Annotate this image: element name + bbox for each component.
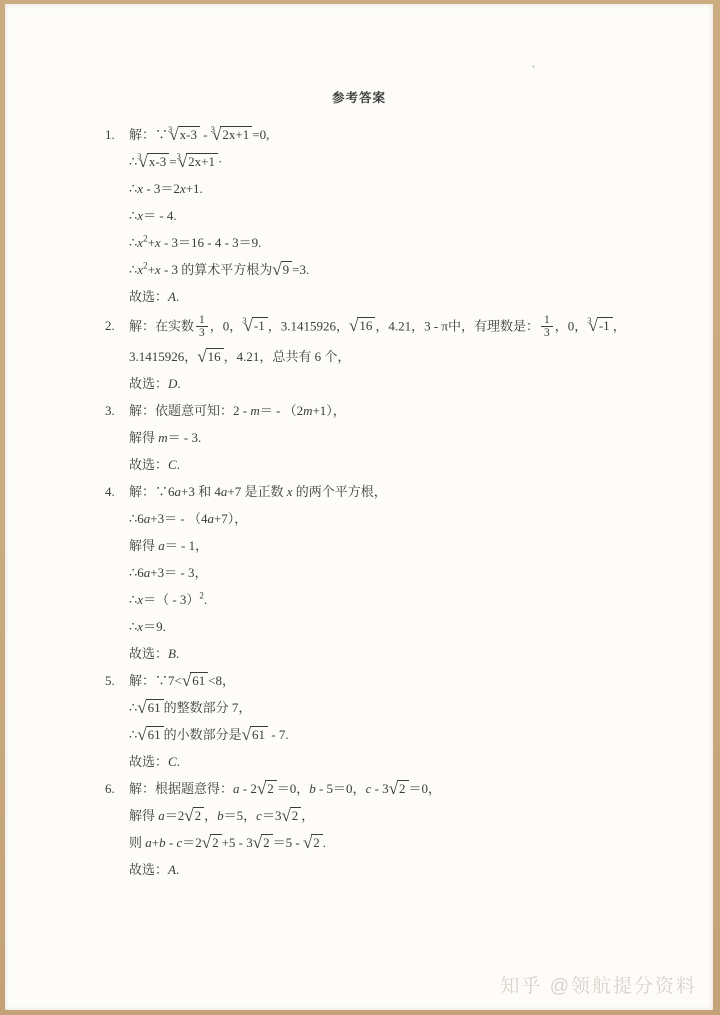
text-run: . <box>176 862 179 877</box>
math-line: 解得 m＝ - 3. <box>129 428 649 447</box>
math-line: 4.解：∵6a+3 和 4a+7 是正数 x 的两个平方根， <box>129 482 649 501</box>
radicand: -1 <box>252 317 268 334</box>
radicand: 2 <box>311 834 323 851</box>
text-run: 则 <box>129 835 145 850</box>
text-run: + <box>148 262 155 277</box>
square-root: √2 <box>303 833 323 852</box>
radicand: 61 <box>250 726 268 743</box>
radicand: 9 <box>281 261 293 278</box>
math-line: ∴x＝（ - 3）2. <box>129 590 649 609</box>
text-run: +3 和 4 <box>181 484 221 499</box>
denominator: 3 <box>541 326 553 339</box>
numerator: 1 <box>196 314 208 326</box>
radicand: 2 <box>261 834 273 851</box>
problem: 4.解：∵6a+3 和 4a+7 是正数 x 的两个平方根，∴6a+3＝ - （… <box>105 482 649 663</box>
radicand: 16 <box>357 317 375 334</box>
variable: D <box>168 376 177 391</box>
text-run: . <box>177 754 180 769</box>
text-run: ＝5， <box>224 808 257 823</box>
text-run: ， <box>301 808 314 823</box>
cube-root: 3√x-3 <box>168 125 200 144</box>
math-line: 3.1415926，√16，4.21，总共有 6 个， <box>129 347 649 366</box>
radicand: 2x+1 <box>220 126 252 143</box>
text-run: - <box>200 127 211 142</box>
problem-number: 6. <box>105 779 129 798</box>
square-root: √2 <box>253 833 273 852</box>
variable: B <box>168 646 176 661</box>
text-run: 解得 <box>129 430 158 445</box>
page-title: 参考答案 <box>5 90 713 107</box>
text-run: - <box>166 835 177 850</box>
radicand: 61 <box>190 672 208 689</box>
text-run: = <box>169 154 176 169</box>
text-run: ＝9. <box>143 619 166 634</box>
text-run: =3. <box>292 262 309 277</box>
text-run: ＝ - 1， <box>165 538 208 553</box>
text-run: ＝2 <box>165 808 185 823</box>
math-line: 故选：D. <box>129 374 649 393</box>
math-line: ∴x＝9. <box>129 617 649 636</box>
square-root: √61 <box>137 725 163 744</box>
problem-number: 1. <box>105 125 129 144</box>
text-run: 故选： <box>129 754 168 769</box>
problem-number: 2. <box>105 316 129 335</box>
fraction: 13 <box>541 314 553 339</box>
text-run: 解：根据题意得： <box>129 781 233 796</box>
text-run: =0, <box>252 127 269 142</box>
radicand: x-3 <box>147 153 169 170</box>
problem: 6.解：根据题意得：a - 2√2＝0，b - 5＝0，c - 3√2＝0，解得… <box>105 779 649 879</box>
radicand: 2 <box>397 780 409 797</box>
math-line: 解得 a＝2√2，b＝5，c＝3√2， <box>129 806 649 825</box>
text-run: 解：∵ <box>129 127 168 142</box>
text-run: + <box>148 235 155 250</box>
text-run: 故选： <box>129 646 168 661</box>
text-run: - 3 <box>371 781 388 796</box>
text-run: ，0， <box>210 318 243 333</box>
text-run: <8， <box>208 673 235 688</box>
text-run: 的两个平方根， <box>292 484 386 499</box>
text-run: . <box>177 457 180 472</box>
text-run: ＝ - 3. <box>168 430 202 445</box>
text-run: +1）， <box>312 403 345 418</box>
math-line: 则 a+b - c＝2√2+5 - 3√2＝5 - √2. <box>129 833 649 852</box>
text-run: +7）， <box>214 511 247 526</box>
text-run: 故选： <box>129 376 168 391</box>
text-run: 解：∵7< <box>129 673 182 688</box>
text-run: ， <box>613 318 626 333</box>
math-line: ∴√61的整数部分 7， <box>129 698 649 717</box>
math-line: 解得 a＝ - 1， <box>129 536 649 555</box>
square-root: √2 <box>389 779 409 798</box>
problem: 5.解：∵7<√61<8，∴√61的整数部分 7，∴√61的小数部分是√61 -… <box>105 671 649 771</box>
square-root: √61 <box>182 671 208 690</box>
text-run: ＝3 <box>262 808 282 823</box>
variable: C <box>168 457 177 472</box>
text-run: 解得 <box>129 808 158 823</box>
text-run: ，4.21，3 - π中，有理数是： <box>375 318 539 333</box>
square-root: √61 <box>137 698 163 717</box>
text-run: . <box>176 289 179 304</box>
problem: 2.解：在实数13，0，3√-1，3.1415926，√16，4.21，3 - … <box>105 314 649 393</box>
radicand: 2 <box>290 807 302 824</box>
math-line: ∴x - 3＝2x+1. <box>129 179 649 198</box>
answers-list: 1.解：∵3√x-3 - 3√2x+1=0,∴3√x-3=3√2x+1·∴x -… <box>105 125 649 879</box>
text-run: 解得 <box>129 538 158 553</box>
text-run: 解：依题意可知：2 - <box>129 403 250 418</box>
text-run: ∴6 <box>129 565 144 580</box>
problem: 1.解：∵3√x-3 - 3√2x+1=0,∴3√x-3=3√2x+1·∴x -… <box>105 125 649 306</box>
text-run: . <box>204 592 207 607</box>
text-run: ＝ - （2 <box>260 403 303 418</box>
paper-speck <box>532 65 535 68</box>
math-line: 故选：A. <box>129 860 649 879</box>
radicand: 2 <box>193 807 205 824</box>
math-line: 6.解：根据题意得：a - 2√2＝0，b - 5＝0，c - 3√2＝0， <box>129 779 649 798</box>
problem-number: 4. <box>105 482 129 501</box>
text-run: . <box>176 646 179 661</box>
text-run: +3＝ - （4 <box>150 511 207 526</box>
math-line: 5.解：∵7<√61<8， <box>129 671 649 690</box>
text-run: 解：∵6 <box>129 484 175 499</box>
radicand: 2x+1 <box>186 153 218 170</box>
text-run: 解：在实数 <box>129 318 194 333</box>
text-run: 故选： <box>129 289 168 304</box>
square-root: √2 <box>281 806 301 825</box>
text-run: ∴ <box>129 700 137 715</box>
text-run: - 3＝16 - 4 - 3＝9. <box>161 235 262 250</box>
square-root: √2 <box>257 779 277 798</box>
square-root: √16 <box>197 347 223 366</box>
math-line: ∴6a+3＝ - （4a+7）， <box>129 509 649 528</box>
photo-frame: 参考答案 1.解：∵3√x-3 - 3√2x+1=0,∴3√x-3=3√2x+1… <box>0 0 720 1015</box>
document-page: 参考答案 1.解：∵3√x-3 - 3√2x+1=0,∴3√x-3=3√2x+1… <box>5 4 713 1010</box>
numerator: 1 <box>541 314 553 326</box>
math-line: ∴√61的小数部分是√61 - 7. <box>129 725 649 744</box>
math-line: ∴x＝ - 4. <box>129 206 649 225</box>
text-run: ＝0， <box>409 781 442 796</box>
cube-root: 3√2x+1 <box>211 125 252 144</box>
variable: m <box>158 430 167 445</box>
math-line: 3.解：依题意可知：2 - m＝ - （2m+1）， <box>129 401 649 420</box>
text-run: ＝5 - <box>273 835 303 850</box>
math-line: 1.解：∵3√x-3 - 3√2x+1=0, <box>129 125 649 144</box>
text-run: · <box>218 154 222 169</box>
square-root: √9 <box>272 260 292 279</box>
text-run: 3.1415926， <box>129 349 197 364</box>
math-line: 故选：C. <box>129 455 649 474</box>
square-root: √2 <box>202 833 222 852</box>
text-run: 故选： <box>129 457 168 472</box>
radicand: 2 <box>265 780 277 797</box>
radicand: -1 <box>597 317 613 334</box>
text-run: ，4.21，总共有 6 个， <box>224 349 351 364</box>
text-run: 的小数部分是 <box>164 727 242 742</box>
radicand: 16 <box>206 348 224 365</box>
text-run: ，0， <box>555 318 588 333</box>
text-run: ＝（ - 3） <box>143 592 199 607</box>
problem-number: 5. <box>105 671 129 690</box>
text-run: +5 - 3 <box>222 835 253 850</box>
radicand: 61 <box>146 699 164 716</box>
math-line: 2.解：在实数13，0，3√-1，3.1415926，√16，4.21，3 - … <box>129 314 649 339</box>
problem: 3.解：依题意可知：2 - m＝ - （2m+1），解得 m＝ - 3.故选：C… <box>105 401 649 474</box>
radicand: x-3 <box>178 126 200 143</box>
denominator: 3 <box>196 326 208 339</box>
cube-root: 3√-1 <box>242 316 267 335</box>
text-run: +3＝ - 3， <box>150 565 207 580</box>
variable: C <box>168 754 177 769</box>
problem-number: 3. <box>105 401 129 420</box>
math-line: ∴x2+x - 3＝16 - 4 - 3＝9. <box>129 233 649 252</box>
watermark: 知乎 @领航提分资料 <box>500 971 697 998</box>
math-line: 故选：A. <box>129 287 649 306</box>
text-run: 的整数部分 7， <box>164 700 252 715</box>
math-line: 故选：C. <box>129 752 649 771</box>
square-root: √61 <box>242 725 268 744</box>
math-line: 故选：B. <box>129 644 649 663</box>
math-line: ∴6a+3＝ - 3， <box>129 563 649 582</box>
text-run: ，3.1415926， <box>268 318 349 333</box>
text-run: ＝2 <box>182 835 202 850</box>
text-run: +1. <box>186 181 203 196</box>
square-root: √16 <box>349 316 375 335</box>
variable: m <box>250 403 259 418</box>
text-run: - 2 <box>240 781 257 796</box>
math-line: ∴x2+x - 3 的算术平方根为√9=3. <box>129 260 649 279</box>
text-run: - 3＝2 <box>143 181 180 196</box>
cube-root: 3√-1 <box>587 316 612 335</box>
variable: A <box>168 289 176 304</box>
text-run: ∴6 <box>129 511 144 526</box>
text-run: ∴ <box>129 154 137 169</box>
text-run: - 7. <box>268 727 289 742</box>
fraction: 13 <box>196 314 208 339</box>
radicand: 61 <box>146 726 164 743</box>
cube-root: 3√2x+1 <box>177 152 218 171</box>
text-run: +7 是正数 <box>227 484 286 499</box>
text-run: ∴ <box>129 727 137 742</box>
text-run: - 3 的算术平方根为 <box>161 262 273 277</box>
text-run: ＝0， <box>277 781 310 796</box>
text-run: - 5＝0， <box>316 781 366 796</box>
text-run: ， <box>204 808 217 823</box>
cube-root: 3√x-3 <box>137 152 169 171</box>
radicand: 2 <box>210 834 222 851</box>
math-line: ∴3√x-3=3√2x+1· <box>129 152 649 171</box>
variable: A <box>168 862 176 877</box>
text-run: . <box>177 376 180 391</box>
text-run: ＝ - 4. <box>143 208 177 223</box>
text-run: + <box>152 835 159 850</box>
text-run: . <box>323 835 326 850</box>
square-root: √2 <box>184 806 204 825</box>
text-run: 故选： <box>129 862 168 877</box>
